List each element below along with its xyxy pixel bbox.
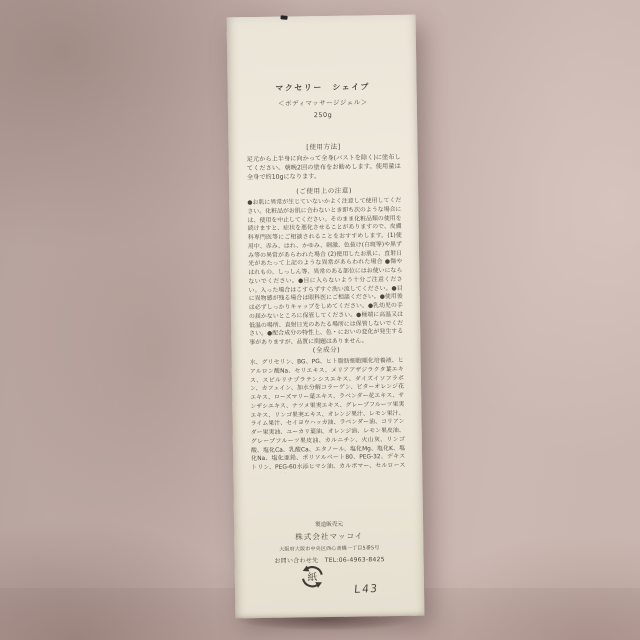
paper-recycle-icon: 紙 [300, 564, 325, 589]
product-box-back-panel: マクセリー シェイプ ＜ボディマッサージジェル＞ 250g [使用方法] 足元か… [227, 15, 425, 619]
ingredients-heading: (全成分) [249, 343, 403, 355]
lot-code: L43 [353, 582, 378, 596]
manufacturer-label: 製造販売元 [252, 519, 406, 529]
recycle-kanji: 紙 [307, 570, 317, 583]
product-name: マクセリー シェイプ [246, 81, 400, 94]
precautions-body: ●お肌に異常が生じていないかよく注意して使用してください。化粧品がお肌に合わない… [247, 197, 403, 348]
precautions-heading: (ご使用上の注意) [247, 184, 401, 196]
precautions-section: (ご使用上の注意) ●お肌に異常が生じていないかよく注意して使用してください。化… [247, 184, 403, 348]
ingredients-body: 水、グリセリン、BG、PG、ヒト脂肪細胞順化培養液、ヒアルロン酸Na、セリエキス… [250, 357, 406, 473]
product-net-weight: 250g [246, 110, 400, 120]
photo-scene: マクセリー シェイプ ＜ボディマッサージジェル＞ 250g [使用方法] 足元か… [0, 0, 640, 640]
manufacturer-contact: お問い合わせ先 TEL:06-4963-8425 [253, 554, 407, 565]
manufacturer-block: 製造販売元 株式会社マッコイ 大阪府大阪市中央区西心斎橋一丁目5番5号 お問い合… [252, 519, 407, 565]
usage-body: 足元から上半身に向かって全身(バストを除く)に塗布してください。朝晩2回の塗布を… [247, 153, 401, 183]
ingredients-section: (全成分) 水、グリセリン、BG、PG、ヒト脂肪細胞順化培養液、ヒアルロン酸Na… [249, 343, 405, 473]
product-category: ＜ボディマッサージジェル＞ [246, 97, 400, 108]
usage-section: [使用方法] 足元から上半身に向かって全身(バストを除く)に塗布してください。朝… [246, 140, 401, 183]
manufacturer-name: 株式会社マッコイ [252, 530, 406, 543]
product-title-block: マクセリー シェイプ ＜ボディマッサージジェル＞ 250g [246, 81, 401, 120]
usage-heading: [使用方法] [246, 140, 400, 152]
box-top-edge-mark [280, 15, 287, 20]
manufacturer-address: 大阪府大阪市中央区西心斎橋一丁目5番5号 [252, 544, 406, 553]
